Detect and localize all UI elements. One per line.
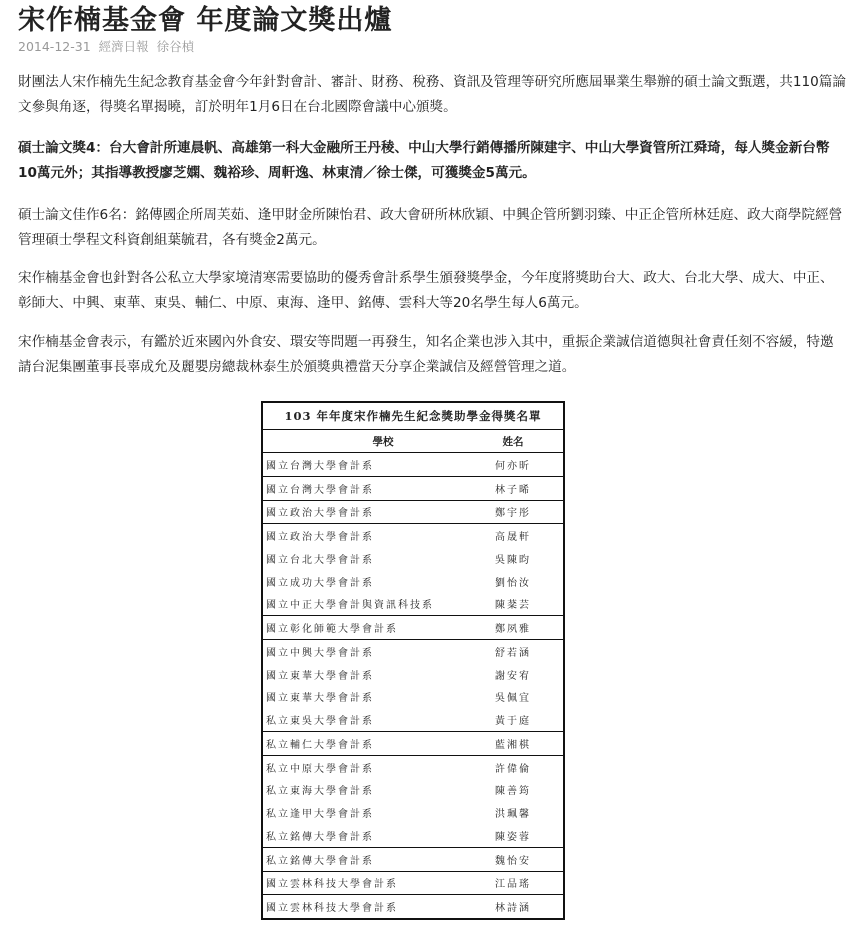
name-cell: 鄭夙雅 [463, 616, 563, 640]
table-row: 私立銘傳大學會計系 魏怡安 [263, 847, 563, 871]
paragraph-intro: 財團法人宋作楠先生紀念教育基金會今年針對會計、審計、財務、稅務、資訊及管理等研究… [18, 70, 846, 120]
school-cell: 私立銘傳大學會計系 [263, 824, 463, 847]
article-title: 宋作楠基金會 年度論文獎出爐 [18, 6, 848, 36]
name-cell: 林子晞 [463, 476, 563, 500]
name-cell: 鄭宇彤 [463, 500, 563, 524]
table-row: 國立東華大學會計系 吳佩宜 [263, 686, 563, 709]
table-row: 國立中正大學會計與資訊科技系 陳棻芸 [263, 593, 563, 616]
school-cell: 私立東吳大學會計系 [263, 708, 463, 731]
name-cell: 何亦昕 [463, 453, 563, 477]
award-list-image: 103 年年度宋作楠先生紀念獎助學金得獎名單 學校 姓名 國立台灣大學會計系 何… [261, 401, 565, 920]
header-name: 姓名 [463, 430, 563, 453]
school-cell: 國立台灣大學會計系 [263, 476, 463, 500]
table-row: 國立台灣大學會計系 何亦昕 [263, 453, 563, 477]
school-cell: 私立輔仁大學會計系 [263, 732, 463, 756]
name-cell: 吳陳昀 [463, 547, 563, 570]
name-cell: 高晟軒 [463, 524, 563, 547]
school-cell: 國立中興大學會計系 [263, 640, 463, 663]
school-cell: 國立台北大學會計系 [263, 547, 463, 570]
table-row: 國立台北大學會計系 吳陳昀 [263, 547, 563, 570]
name-cell: 謝安宥 [463, 663, 563, 686]
name-cell: 魏怡安 [463, 847, 563, 871]
table-row: 國立政治大學會計系 鄭宇彤 [263, 500, 563, 524]
school-cell: 私立銘傳大學會計系 [263, 847, 463, 871]
table-row: 國立雲林科技大學會計系 江品瑤 [263, 871, 563, 895]
name-cell: 江品瑤 [463, 871, 563, 895]
table-row: 國立台灣大學會計系 林子晞 [263, 476, 563, 500]
school-cell: 國立政治大學會計系 [263, 524, 463, 547]
paragraph-honorable-mention: 碩士論文佳作6名：銘傳國企所周芙茹、逢甲財金所陳怡君、政大會研所林欣穎、中興企管… [18, 203, 846, 253]
school-cell: 國立政治大學會計系 [263, 500, 463, 524]
school-cell: 私立逢甲大學會計系 [263, 801, 463, 824]
name-cell: 陳善筠 [463, 779, 563, 802]
name-cell: 林詩涵 [463, 895, 563, 918]
name-cell: 劉怡汝 [463, 570, 563, 593]
paragraph-ceremony: 宋作楠基金會表示，有鑑於近來國內外食安、環安等問題一再發生，知名企業也涉入其中，… [18, 330, 846, 380]
source-name: 經濟日報 [99, 39, 149, 54]
name-cell: 洪珮馨 [463, 801, 563, 824]
table-row: 私立東吳大學會計系 黃于庭 [263, 708, 563, 731]
award-table: 103 年年度宋作楠先生紀念獎助學金得獎名單 學校 姓名 國立台灣大學會計系 何… [263, 403, 563, 918]
table-row: 國立中興大學會計系 舒若涵 [263, 640, 563, 663]
name-cell: 陳姿蓉 [463, 824, 563, 847]
article: 宋作楠基金會 年度論文獎出爐 2014-12-31 經濟日報 徐谷楨 財團法人宋… [18, 0, 848, 55]
school-cell: 私立東海大學會計系 [263, 779, 463, 802]
author-name: 徐谷楨 [157, 39, 195, 54]
school-cell: 國立成功大學會計系 [263, 570, 463, 593]
school-cell: 國立雲林科技大學會計系 [263, 871, 463, 895]
table-row: 私立銘傳大學會計系 陳姿蓉 [263, 824, 563, 847]
table-row: 私立逢甲大學會計系 洪珮馨 [263, 801, 563, 824]
paragraph-scholarship: 宋作楠基金會也針對各公私立大學家境清寒需要協助的優秀會計系學生頒發獎學金，今年度… [18, 266, 846, 316]
name-cell: 黃于庭 [463, 708, 563, 731]
table-row: 國立雲林科技大學會計系 林詩涵 [263, 895, 563, 918]
name-cell: 許偉倫 [463, 755, 563, 778]
name-cell: 藍湘棋 [463, 732, 563, 756]
name-cell: 舒若涵 [463, 640, 563, 663]
school-cell: 國立中正大學會計與資訊科技系 [263, 593, 463, 616]
school-cell: 國立東華大學會計系 [263, 686, 463, 709]
table-row: 私立輔仁大學會計系 藍湘棋 [263, 732, 563, 756]
school-cell: 國立彰化師範大學會計系 [263, 616, 463, 640]
school-cell: 國立台灣大學會計系 [263, 453, 463, 477]
table-row: 國立政治大學會計系 高晟軒 [263, 524, 563, 547]
award-table-caption: 103 年年度宋作楠先生紀念獎助學金得獎名單 [263, 403, 563, 430]
article-meta: 2014-12-31 經濟日報 徐谷楨 [18, 39, 848, 55]
publish-date: 2014-12-31 [18, 39, 91, 54]
name-cell: 吳佩宜 [463, 686, 563, 709]
school-cell: 國立雲林科技大學會計系 [263, 895, 463, 918]
table-row: 私立中原大學會計系 許偉倫 [263, 755, 563, 778]
name-cell: 陳棻芸 [463, 593, 563, 616]
school-cell: 私立中原大學會計系 [263, 755, 463, 778]
table-row: 國立彰化師範大學會計系 鄭夙雅 [263, 616, 563, 640]
award-table-header-row: 學校 姓名 [263, 430, 563, 453]
table-row: 國立成功大學會計系 劉怡汝 [263, 570, 563, 593]
paragraph-thesis-award: 碩士論文獎4：台大會計所連晨帆、高雄第一科大金融所王丹稜、中山大學行銷傳播所陳建… [18, 136, 846, 186]
table-row: 國立東華大學會計系 謝安宥 [263, 663, 563, 686]
table-row: 私立東海大學會計系 陳善筠 [263, 779, 563, 802]
school-cell: 國立東華大學會計系 [263, 663, 463, 686]
header-school: 學校 [263, 430, 463, 453]
